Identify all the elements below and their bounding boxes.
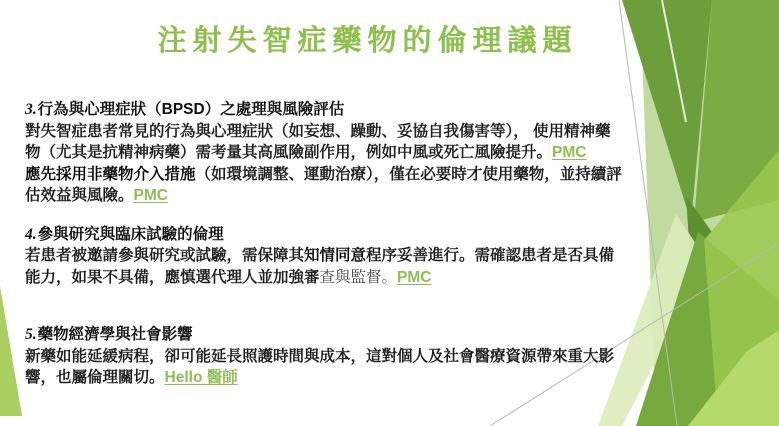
slide-section: 3.行為與心理症狀（BPSD）之處理與風險評估對失智症患者常見的行為與心理症狀（…: [25, 99, 625, 207]
section-number: 4.: [25, 226, 37, 243]
facet-dark-notch-shape: [686, 196, 712, 256]
section-heading-text: 藥物經濟學與社會影響: [38, 326, 193, 343]
slide-title: 注射失智症藥物的倫理議題: [0, 22, 735, 60]
text-run: 知情同意: [304, 247, 366, 264]
section-heading-text: 行為與心理症狀（BPSD）之處理與風險評估: [38, 101, 345, 118]
hello-doctor-link[interactable]: Hello 醫師: [165, 369, 238, 386]
slide-content: 3.行為與心理症狀（BPSD）之處理與風險評估對失智症患者常見的行為與心理症狀（…: [25, 99, 625, 406]
pmc-link-1[interactable]: PMC: [552, 144, 586, 161]
facet-bottom-fan-shape: [636, 232, 779, 426]
section-heading: 3.行為與心理症狀（BPSD）之處理與風險評估: [25, 99, 625, 121]
facet-wash-shape: [640, 0, 779, 426]
section-paragraph: 應先採用非藥物介入措施（如環境調整、運動治療），僅在必要時才使用藥物，並持續評估…: [25, 164, 625, 207]
section-heading: 4.參與研究與臨床試驗的倫理: [25, 224, 625, 246]
slide-section: 4.參與研究與臨床試驗的倫理若患者被邀請參與研究或試驗，需保障其知情同意程序妥善…: [25, 224, 625, 289]
white-seam-line: [662, 0, 686, 122]
section-paragraph: 若患者被邀請參與研究或試驗，需保障其知情同意程序妥善進行。需確認患者是否具備能力…: [25, 245, 625, 288]
section-number: 5.: [25, 326, 37, 343]
text-run: 查與監督。: [320, 269, 398, 286]
section-paragraph: 新藥如能延緩病程，卻可能延長照護時間與成本，這對個人及社會醫療資源帶來重大影響，…: [25, 346, 625, 389]
facet-bottom-right-shape: [688, 330, 779, 426]
text-run: 應先採用非藥物介入措施: [25, 166, 196, 183]
pmc-link-2[interactable]: PMC: [134, 187, 168, 204]
text-run: 若患者被邀請參與研究或試驗，需保障其: [25, 247, 304, 264]
pmc-link-3[interactable]: PMC: [397, 269, 431, 286]
text-run: 新藥如能延緩病程，卻可能延長照護時間與成本，這對個人及社會醫療資源帶來重大影響，…: [25, 348, 614, 387]
facet-bright-right-shape: [704, 150, 779, 426]
section-heading-text: 參與研究與臨床試驗的倫理: [38, 226, 224, 243]
section-number: 3.: [25, 101, 37, 118]
text-run: 對失智症患者常見的行為與心理症狀（如妄想、躁動、妥協自我傷害等）， 使用精神藥物…: [25, 123, 611, 162]
left-wedge-triangle-shape: [0, 286, 22, 416]
presentation-slide: 注射失智症藥物的倫理議題 3.行為與心理症狀（BPSD）之處理與風險評估對失智症…: [0, 0, 779, 426]
gray-seam-line-vertical: [619, 0, 677, 426]
section-paragraph: 對失智症患者常見的行為與心理症狀（如妄想、躁動、妥協自我傷害等）， 使用精神藥物…: [25, 121, 625, 164]
slide-section: 5.藥物經濟學與社會影響新藥如能延緩病程，卻可能延長照護時間與成本，這對個人及社…: [25, 324, 625, 389]
section-heading: 5.藥物經濟學與社會影響: [25, 324, 625, 346]
